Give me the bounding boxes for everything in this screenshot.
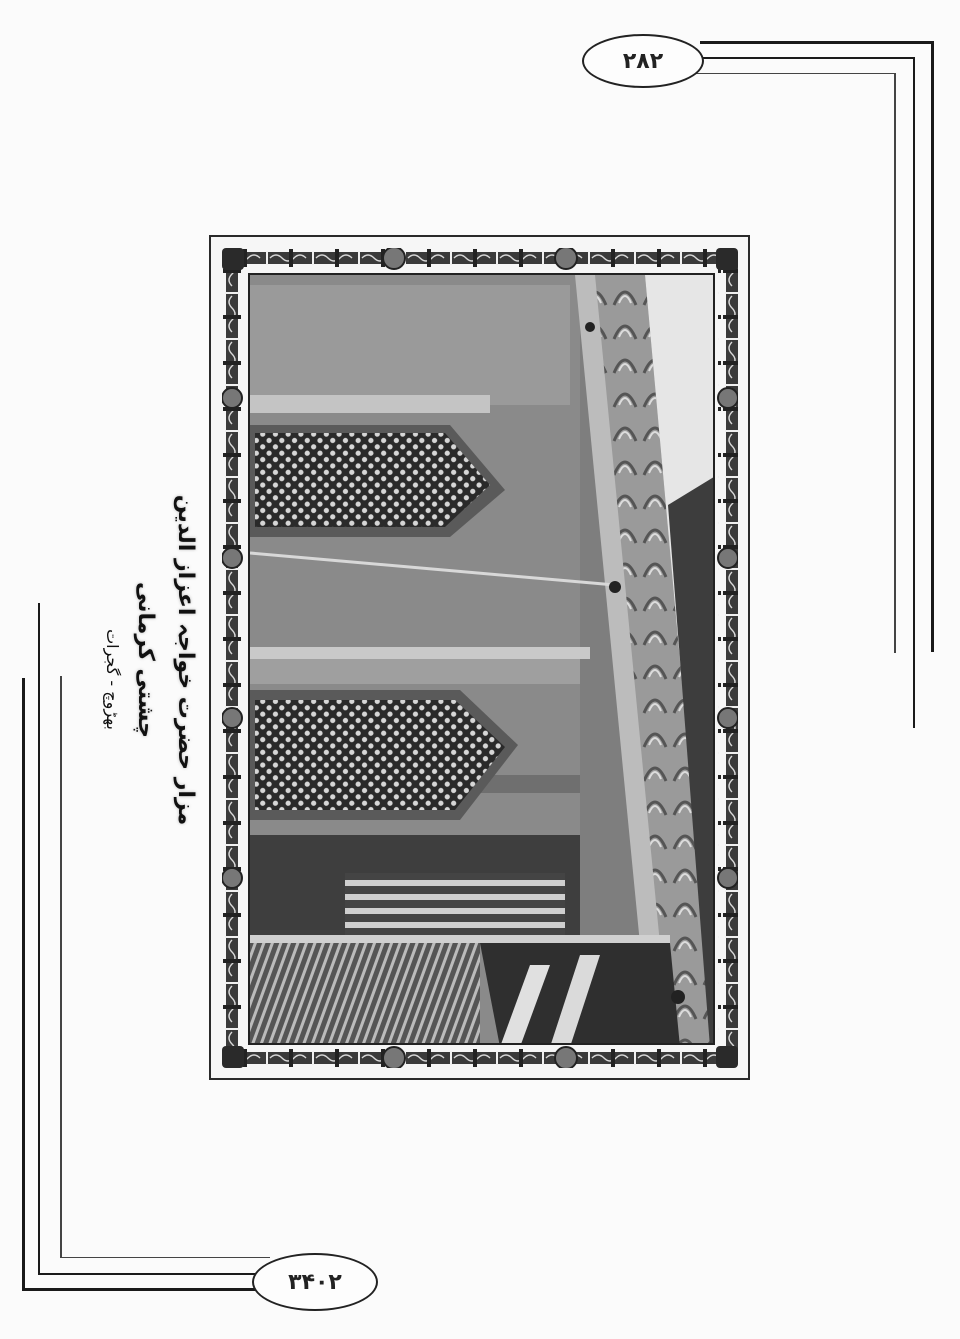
corner-rule-top-right-inner-v xyxy=(894,73,896,653)
corner-rule-bottom-left-mid-h xyxy=(38,1273,260,1275)
shrine-photo-illustration xyxy=(250,275,715,1045)
corner-rule-top-right-mid-h xyxy=(703,57,915,59)
page-number-top: ۲۸۲ xyxy=(582,34,704,88)
corner-rule-bottom-left-inner-v xyxy=(60,676,62,1258)
figure-caption: مزار حضرت خواجہ اعزاز الدین چشتی کرمانی … xyxy=(95,470,205,850)
page-number-bottom-text: ۳۴۰۲ xyxy=(288,1270,342,1295)
caption-location: بھڑوچ - گجرات xyxy=(99,470,125,850)
corner-rule-top-right-mid-v xyxy=(913,57,915,728)
corner-rule-top-right-outer-h xyxy=(700,41,934,44)
corner-rule-bottom-left-outer-h xyxy=(22,1288,262,1291)
caption-title: مزار حضرت خواجہ اعزاز الدین چشتی کرمانی xyxy=(125,470,205,850)
corner-rule-bottom-left-mid-v xyxy=(38,603,40,1275)
corner-rule-bottom-left-inner-h xyxy=(60,1257,270,1258)
corner-rule-top-right-outer-v xyxy=(931,41,934,652)
shrine-photograph xyxy=(248,273,715,1045)
page-number-top-text: ۲۸۲ xyxy=(623,49,663,74)
corner-rule-top-right-inner-h xyxy=(690,73,895,74)
page-number-bottom: ۳۴۰۲ xyxy=(252,1253,378,1311)
corner-rule-bottom-left-outer-v xyxy=(22,678,25,1290)
